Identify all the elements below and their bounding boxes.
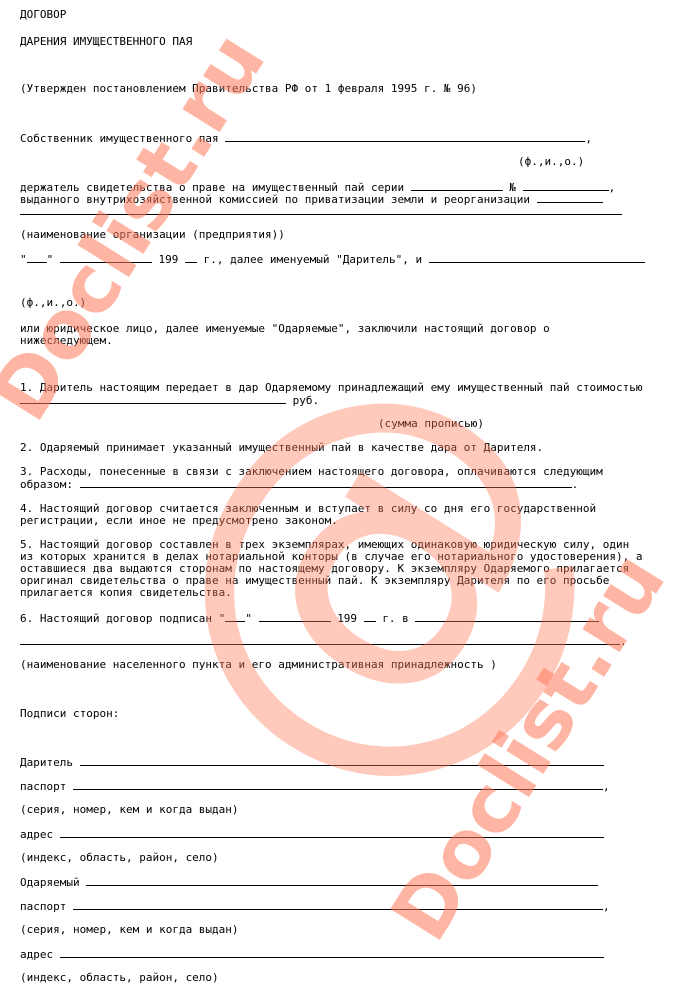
donor-label: Даритель — [20, 756, 73, 769]
place-field-2[interactable] — [20, 634, 620, 645]
donee-passport-caption: (серия, номер, кем и когда выдан) — [20, 923, 239, 936]
address-label: адрес — [20, 948, 53, 961]
donee-address-caption: (индекс, область, район, село) — [20, 971, 219, 984]
address-label: адрес — [20, 828, 53, 841]
year-prefix: 199 — [159, 253, 179, 266]
legal-entity-text-2: нижеследующем. — [20, 334, 113, 347]
quote-open: " — [20, 253, 27, 266]
date-row: "" 199 г., далее именуемый "Даритель", и — [20, 252, 645, 266]
owner-field[interactable] — [225, 131, 585, 142]
sign-month-field[interactable] — [259, 611, 331, 622]
quote-close: " — [245, 612, 252, 625]
donor-sign-row: Даритель — [20, 755, 604, 769]
donee-address-row: адрес — [20, 947, 604, 961]
amount-caption: (сумма прописью) — [378, 417, 484, 430]
place-caption: (наименование населенного пункта и его а… — [20, 658, 497, 671]
org-caption: (наименование организации (предприятия)) — [20, 228, 285, 241]
place-field-row: . — [20, 634, 627, 648]
donor-signature-field[interactable] — [80, 755, 604, 766]
clause-1-amount-row: руб. — [20, 393, 319, 407]
watermark-left: Doclist.ru — [0, 17, 283, 436]
donor-passport-caption: (серия, номер, кем и когда выдан) — [20, 803, 239, 816]
sign-year-field[interactable] — [364, 611, 376, 622]
clause-3-row: образом: . — [20, 477, 578, 491]
doc-subtitle: ДАРЕНИЯ ИМУЩЕСТВЕННОГО ПАЯ — [20, 35, 192, 48]
series-field[interactable] — [411, 180, 503, 191]
year-field[interactable] — [185, 252, 197, 263]
manner-label: образом: — [20, 478, 73, 491]
doc-title: ДОГОВОР — [20, 8, 66, 21]
donee-signature-field[interactable] — [86, 875, 598, 886]
date-text: г., далее именуемый "Даритель", и — [204, 253, 423, 266]
owner-caption: (ф.,и.,о.) — [518, 155, 584, 168]
rub-label: руб. — [293, 394, 320, 407]
clause-6-text: 6. Настоящий договор подписан — [20, 612, 212, 625]
certificate-number-field[interactable] — [523, 180, 609, 191]
quote-close: " — [47, 253, 54, 266]
donee-name-field[interactable] — [429, 252, 645, 263]
donor-passport-row: паспорт , — [20, 779, 610, 793]
day-field[interactable] — [27, 252, 47, 263]
donor-address-row: адрес — [20, 827, 604, 841]
sign-day-field[interactable] — [225, 611, 245, 622]
clause-5-line-5: прилагается копия свидетельства. — [20, 586, 232, 599]
donee-caption: (ф.,и.,о.) — [20, 296, 86, 309]
clause-6-place-text: г. в — [382, 612, 409, 625]
donee-sign-row: Одаряемый — [20, 875, 598, 889]
amount-field[interactable] — [20, 393, 286, 404]
donor-address-field[interactable] — [60, 827, 604, 838]
quote-open: " — [219, 612, 226, 625]
org-field-row — [20, 204, 622, 218]
watermark-right: Doclist.ru — [373, 537, 683, 956]
place-field[interactable] — [415, 611, 599, 622]
owner-row: Собственник имущественного пая , — [20, 131, 592, 145]
clause-2: 2. Одаряемый принимает указанный имущест… — [20, 441, 543, 454]
donee-address-field[interactable] — [60, 947, 604, 958]
donor-address-caption: (индекс, область, район, село) — [20, 851, 219, 864]
owner-label: Собственник имущественного пая — [20, 132, 219, 145]
clause-6-row: 6. Настоящий договор подписан "" 199 г. … — [20, 611, 599, 625]
passport-label: паспорт — [20, 780, 66, 793]
approval-note: (Утвержден постановлением Правительства … — [20, 82, 477, 95]
sign-year-prefix: 199 — [337, 612, 357, 625]
donor-passport-field[interactable] — [73, 779, 603, 790]
donee-label: Одаряемый — [20, 876, 80, 889]
signatures-title: Подписи сторон: — [20, 707, 119, 720]
expenses-field[interactable] — [80, 477, 572, 488]
donee-passport-row: паспорт , — [20, 899, 610, 913]
reorg-field[interactable] — [537, 192, 603, 203]
passport-label: паспорт — [20, 900, 66, 913]
donee-passport-field[interactable] — [73, 899, 603, 910]
organization-field[interactable] — [20, 204, 622, 215]
month-field[interactable] — [60, 252, 152, 263]
clause-4-line-2: регистрации, если иное не предусмотрено … — [20, 514, 338, 527]
